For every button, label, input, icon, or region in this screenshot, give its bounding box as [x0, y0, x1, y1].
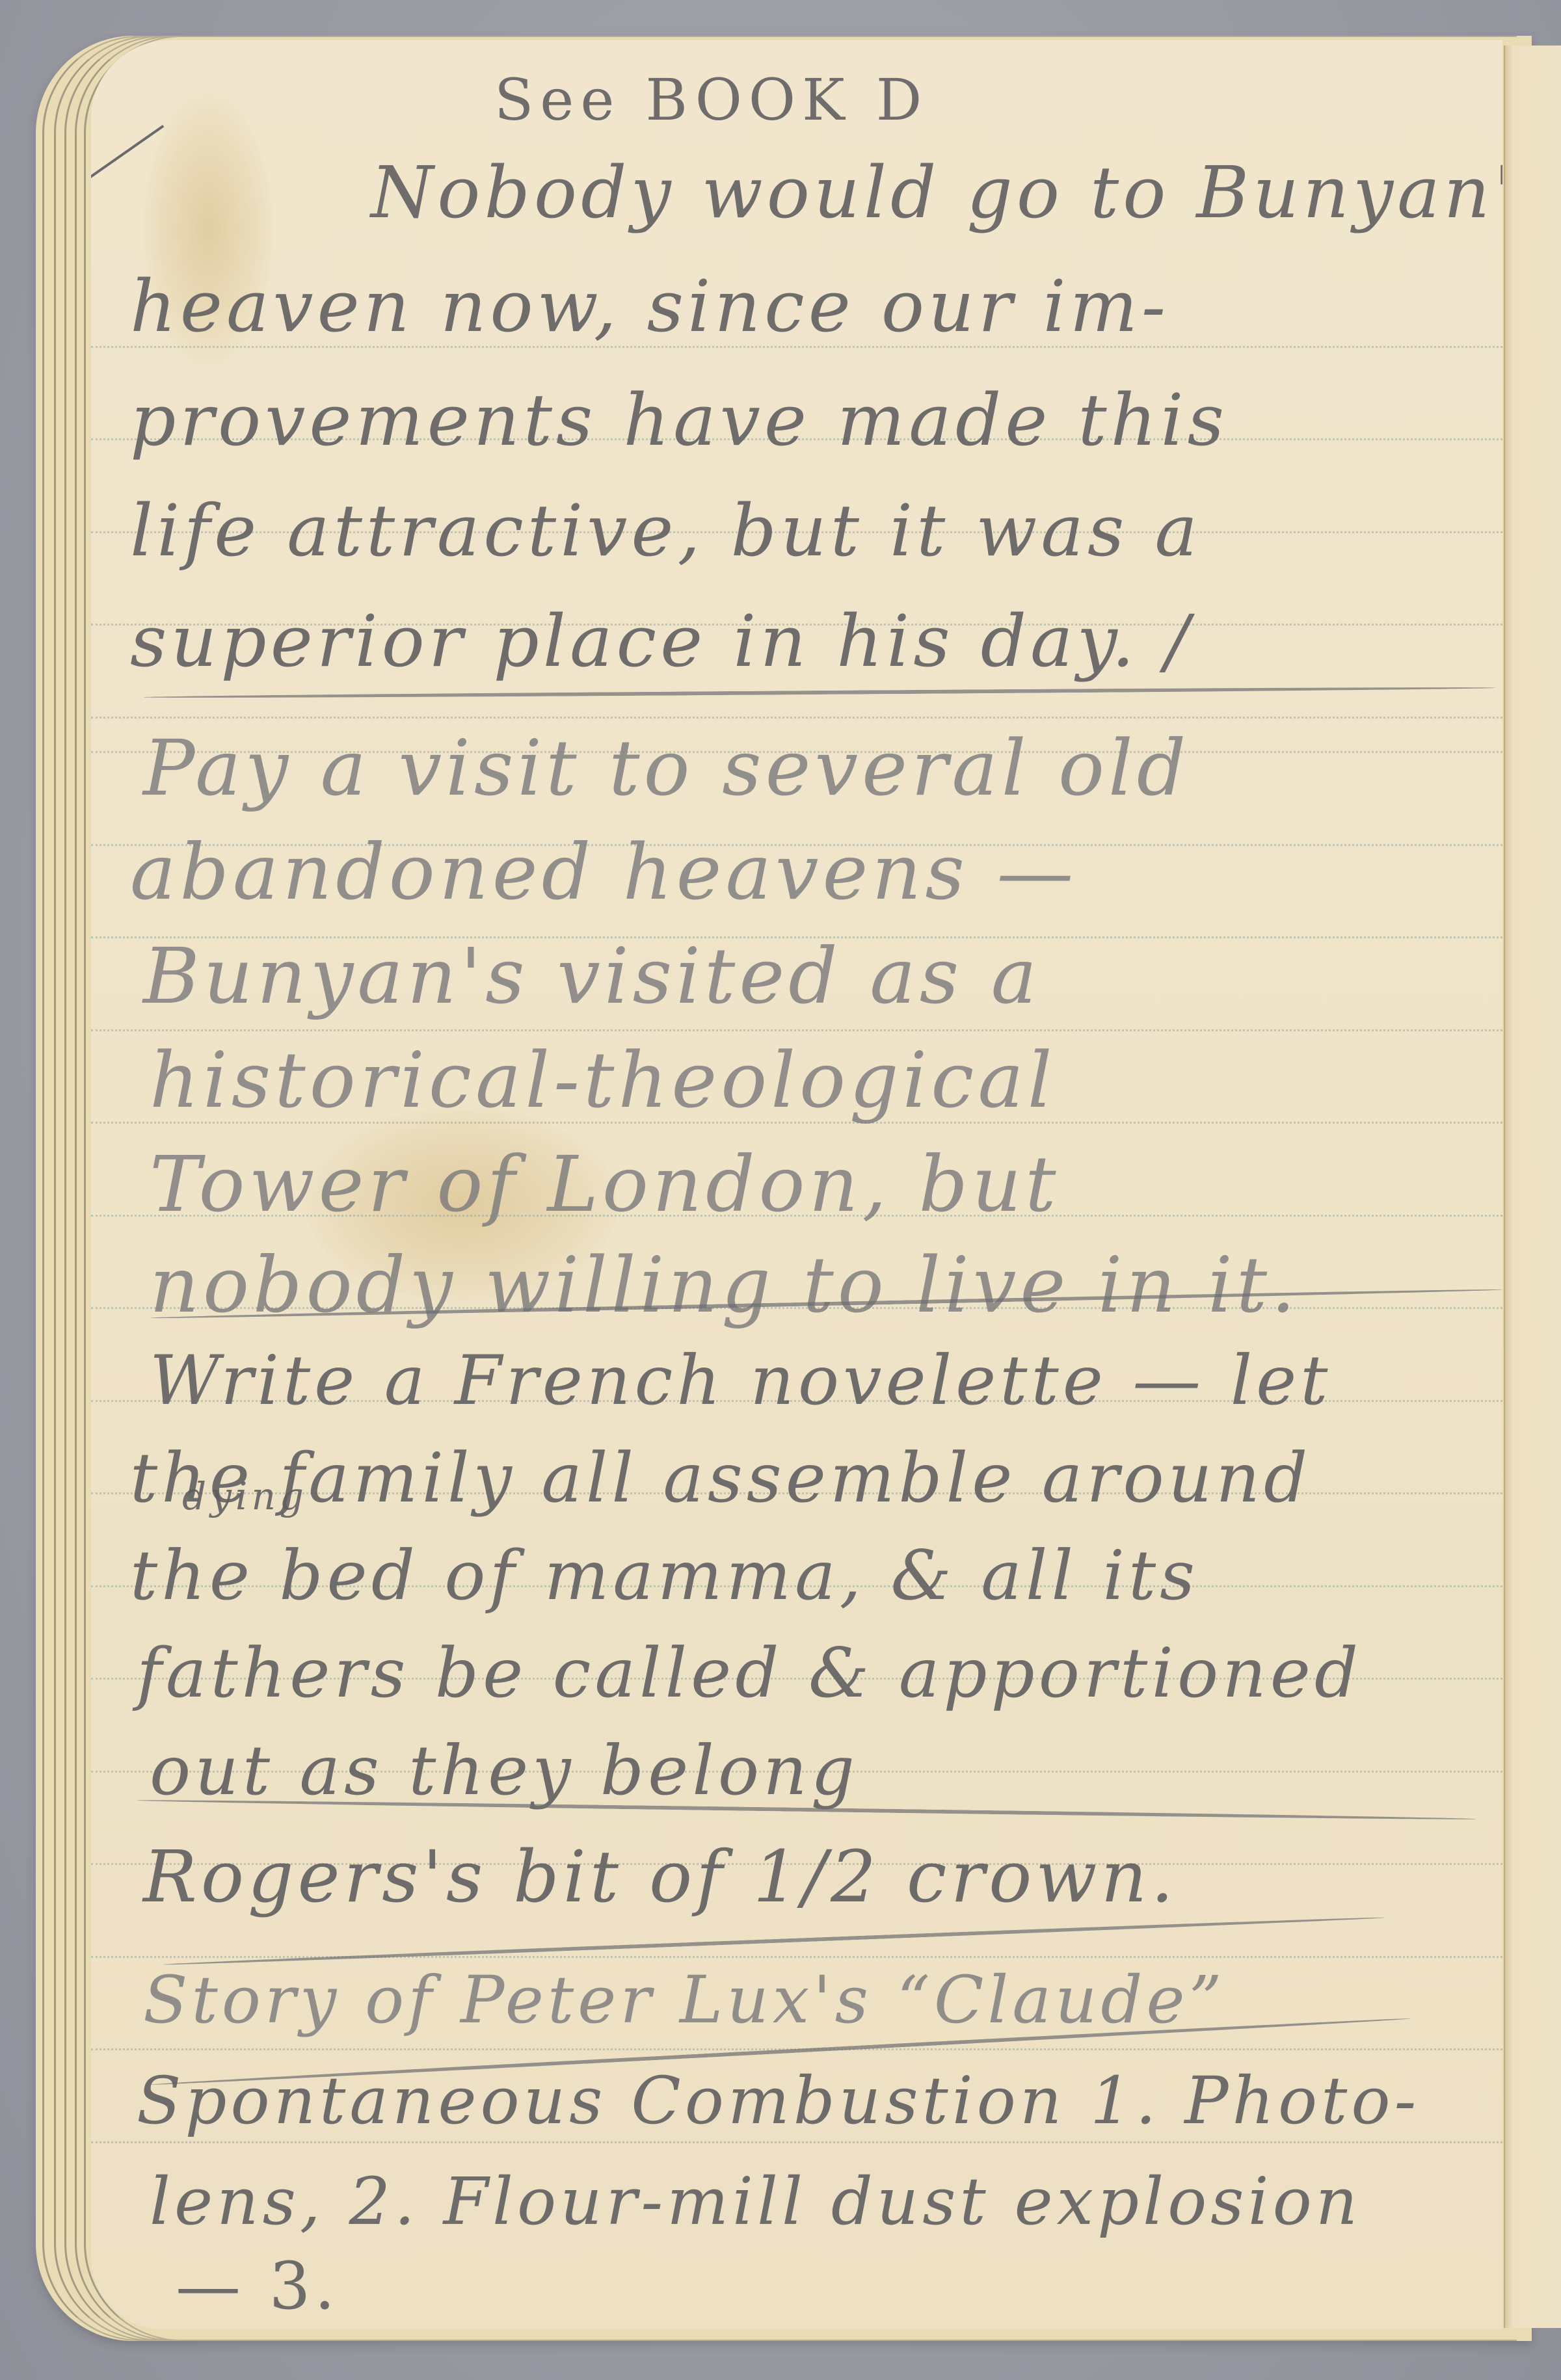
entry-line: provements have made this	[130, 378, 1228, 462]
facing-page-edge	[1504, 46, 1561, 2328]
entry-line: historical-theological	[150, 1035, 1056, 1125]
ruled-line	[91, 2141, 1502, 2143]
entry-line: Write a French novelette — let	[150, 1341, 1332, 1420]
entry-line: heaven now, since our im-	[130, 265, 1169, 348]
ruled-line	[91, 1029, 1502, 1031]
divider-stroke	[163, 1916, 1385, 1966]
entry-line: out as they belong	[150, 1731, 859, 1810]
ruled-line	[91, 717, 1502, 719]
entry-line: Rogers's bit of 1/2 crown.	[143, 1835, 1177, 1918]
see-book-note: See BOOK D	[494, 66, 928, 133]
entry-line: nobody willing to live in it.	[150, 1240, 1300, 1330]
notebook-page: See BOOK D Nobody would go to Bunyan's h…	[91, 40, 1502, 2329]
entry-line: Story of Peter Lux's “Claude”	[143, 1962, 1226, 2038]
entry-line: the bed of mamma, & all its	[130, 1536, 1199, 1615]
entry-line: superior place in his day. /	[130, 600, 1193, 683]
divider-stroke	[143, 686, 1496, 700]
entry-line: abandoned heavens —	[130, 827, 1077, 917]
entry-line: — 3.	[176, 2248, 339, 2324]
entry-line: Pay a visit to several old	[143, 723, 1190, 813]
entry-line: Bunyan's visited as a	[143, 931, 1041, 1021]
insertion-note: dying	[182, 1474, 308, 1518]
entry-line: life attractive, but it was a	[130, 489, 1201, 572]
entry-line: lens, 2. Flour-mill dust explosion	[150, 2163, 1361, 2240]
entry-line: Nobody would go to Bunyan's	[371, 151, 1502, 234]
entry-line: fathers be called & apportioned	[137, 1633, 1362, 1713]
entry-line: Spontaneous Combustion 1. Photo-	[137, 2063, 1420, 2139]
entry-line: Tower of London, but	[150, 1139, 1060, 1229]
